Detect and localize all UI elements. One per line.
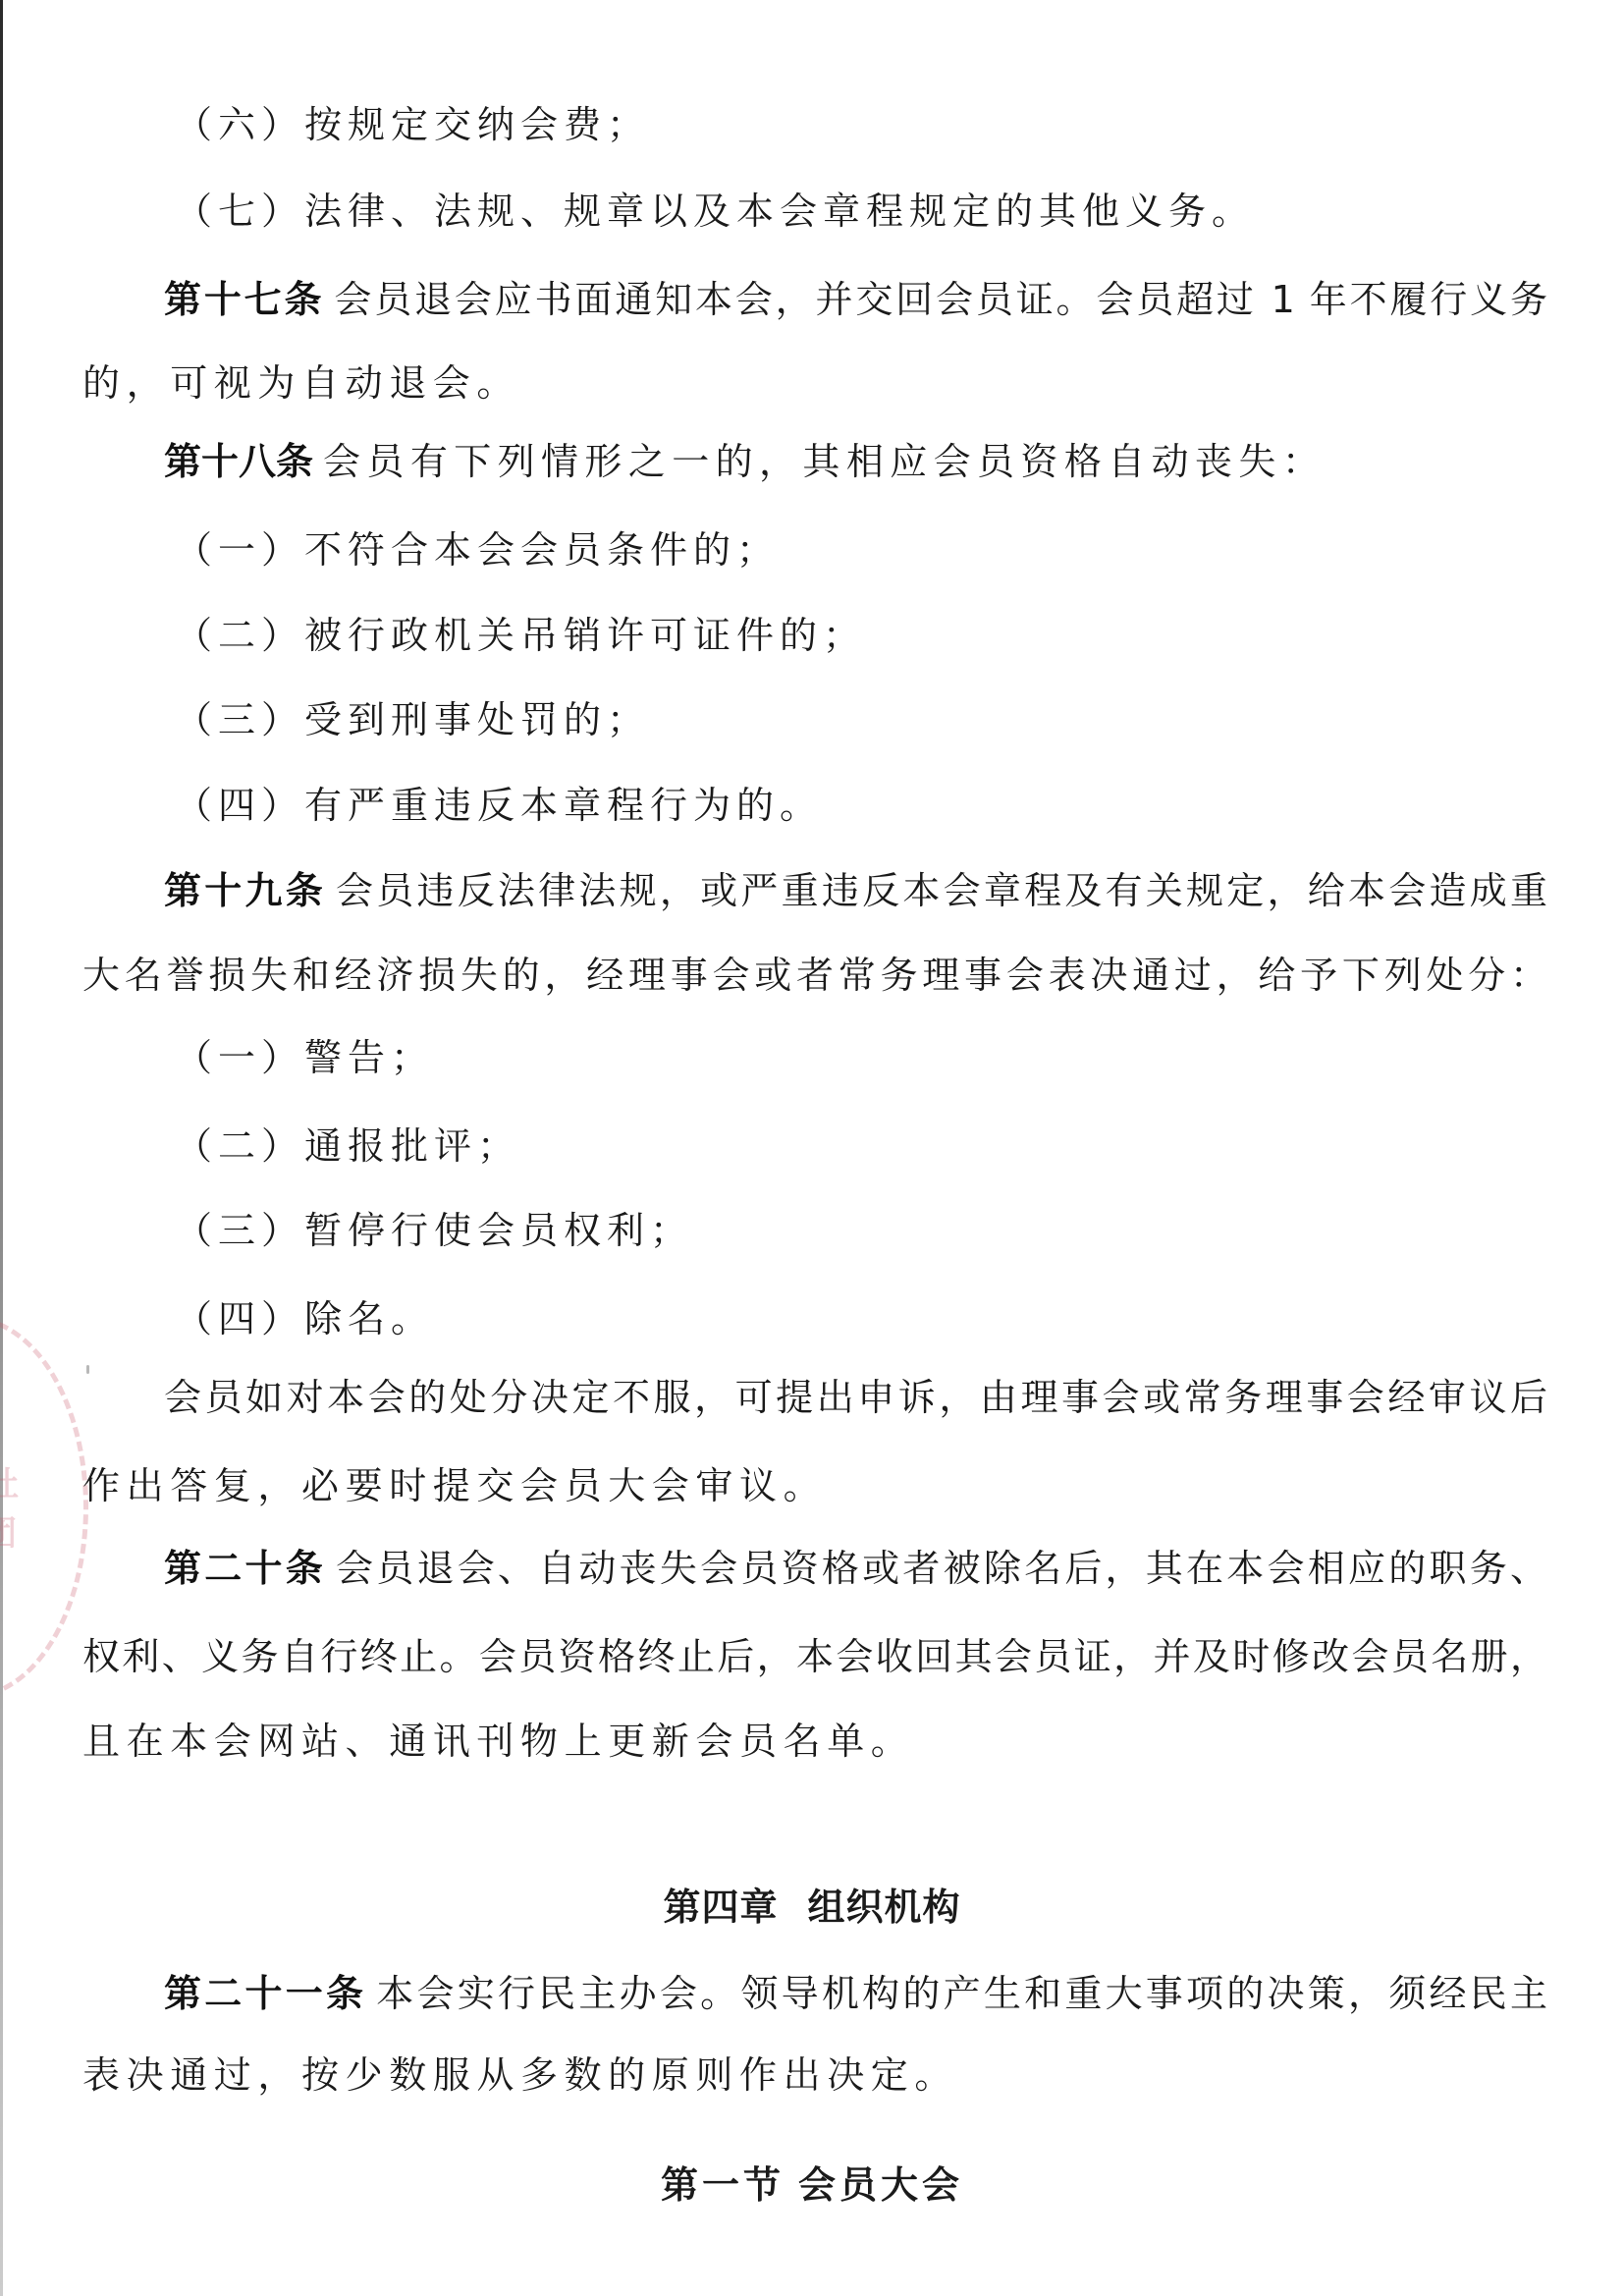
article-19-text: 会员违反法律法规，或严重违反本会章程及有关规定，给本会造成重 xyxy=(336,869,1547,912)
article-19-continuation: 大名誉损失和经济损失的，经理事会或者常务理事会表决通过，给予下列处分： xyxy=(82,950,1547,1001)
article-18-item-1: （一）不符合本会会员条件的； xyxy=(175,524,780,575)
chapter-title: 组织机构 xyxy=(808,1886,961,1929)
section-title: 会员大会 xyxy=(798,2162,963,2207)
chapter-number: 第四章 xyxy=(663,1886,778,1929)
obligation-item-7: （七）法律、法规、规章以及本会章程规定的其他义务。 xyxy=(175,186,1255,237)
article-17-label: 第十七条 xyxy=(164,278,324,321)
article-21-continuation: 表决通过，按少数服从多数的原则作出决定。 xyxy=(82,2050,958,2101)
article-18-label: 第十八条 xyxy=(164,440,313,483)
section-heading: 第一节会员大会 xyxy=(0,2159,1624,2211)
article-20: 第二十条会员退会、自动丧失会员资格或者被除名后，其在本会相应的职务、 xyxy=(164,1543,1547,1594)
chapter-heading: 第四章组织机构 xyxy=(0,1882,1624,1933)
article-20-label: 第二十条 xyxy=(164,1547,326,1590)
article-19-label: 第十九条 xyxy=(164,869,326,912)
article-18-item-4: （四）有严重违反本章程行为的。 xyxy=(175,780,823,831)
article-20-continuation-2: 且在本会网站、通讯刊物上更新会员名单。 xyxy=(82,1716,914,1767)
article-18: 第十八条会员有下列情形之一的，其相应会员资格自动丧失： xyxy=(164,436,1326,487)
obligation-item-6: （六）按规定交纳会费； xyxy=(175,99,650,150)
article-20-text: 会员退会、自动丧失会员资格或者被除名后，其在本会相应的职务、 xyxy=(336,1547,1547,1590)
section-number: 第一节 xyxy=(661,2162,785,2207)
article-19-item-2: （二）通报批评； xyxy=(175,1121,520,1172)
article-20-continuation-1: 权利、义务自行终止。会员资格终止后，本会收回其会员证，并及时修改会员名册， xyxy=(82,1631,1547,1682)
scan-edge-shadow xyxy=(0,0,3,2296)
article-18-item-2: （二）被行政机关吊销许可证件的； xyxy=(175,610,866,661)
article-21: 第二十一条本会实行民主办会。领导机构的产生和重大事项的决策，须经民主 xyxy=(164,1968,1547,2019)
article-19-item-3: （三）暂停行使会员权利； xyxy=(175,1205,693,1256)
official-seal-stamp: 社 团 xyxy=(0,1316,88,1699)
article-18-item-3: （三）受到刑事处罚的； xyxy=(175,694,650,745)
article-19: 第十九条会员违反法律法规，或严重违反本会章程及有关规定，给本会造成重 xyxy=(164,865,1547,916)
article-21-label: 第二十一条 xyxy=(164,1972,366,2015)
article-17: 第十七条会员退会应书面通知本会，并交回会员证。会员超过 1 年不履行义务 xyxy=(164,274,1547,325)
seal-char: 团 xyxy=(0,1517,17,1551)
seal-char: 社 xyxy=(0,1468,19,1502)
article-21-text: 本会实行民主办会。领导机构的产生和重大事项的决策，须经民主 xyxy=(376,1972,1547,2015)
article-17-continuation: 的，可视为自动退会。 xyxy=(82,357,520,409)
appeal-paragraph: 会员如对本会的处分决定不服，可提出申诉，由理事会或常务理事会经审议后 xyxy=(164,1372,1547,1423)
article-19-item-1: （一）警告； xyxy=(175,1032,434,1083)
appeal-continuation: 作出答复，必要时提交会员大会审议。 xyxy=(82,1460,827,1511)
article-17-text: 会员退会应书面通知本会，并交回会员证。会员超过 1 年不履行义务 xyxy=(334,278,1547,321)
scan-speck xyxy=(86,1365,89,1374)
article-18-text: 会员有下列情形之一的，其相应会员资格自动丧失： xyxy=(323,440,1326,483)
article-19-item-4: （四）除名。 xyxy=(175,1293,434,1344)
